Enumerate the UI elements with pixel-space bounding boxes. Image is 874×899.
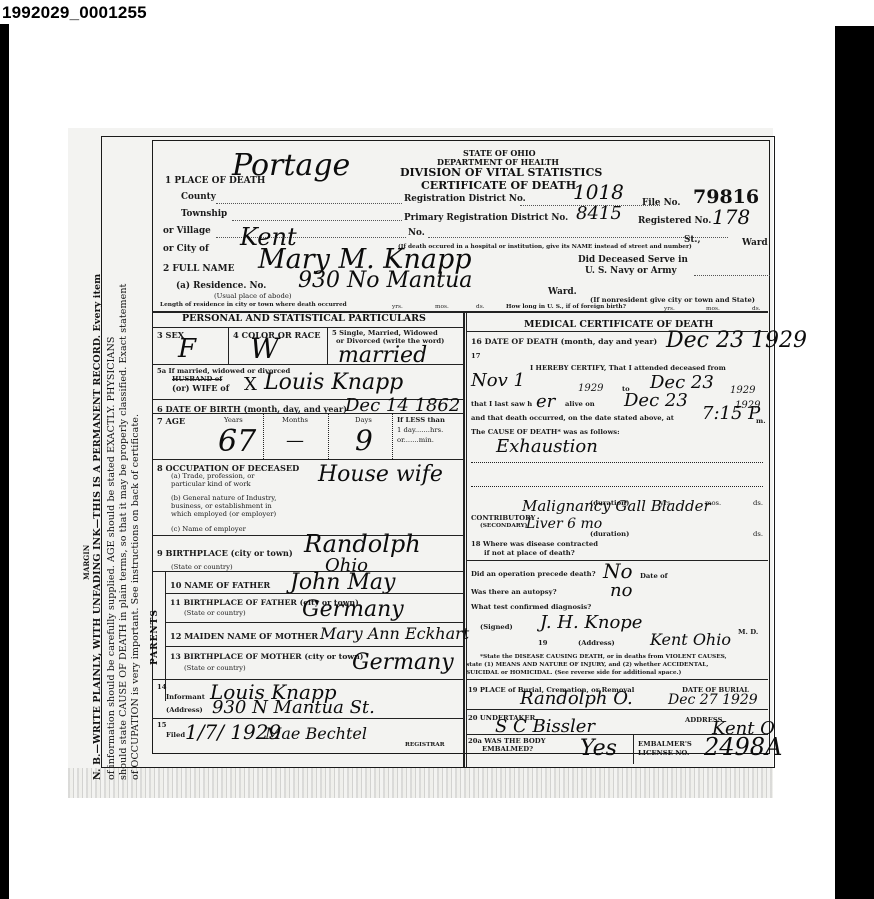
county-value: Portage (232, 148, 350, 183)
how-long-label: How long in U. S., if of foreign birth? (506, 304, 626, 310)
contributory-value: Malignancy Gall Bladder (522, 497, 711, 515)
row-divider (165, 593, 463, 594)
dod-label: 16 DATE OF DEATH (month, day and year) (471, 337, 657, 346)
occupation-c-label: (c) Name of employer (171, 525, 246, 533)
secondary-label: (SECONDARY) (480, 523, 527, 529)
footnote-line-1: *State the DISEASE CAUSING DEATH, or in … (480, 654, 727, 660)
occupation-b-label-3: which employed (or employer) (171, 510, 276, 518)
personal-section-title: PERSONAL AND STATISTICAL PARTICULARS (182, 313, 426, 324)
birthplace-value: Randolph (304, 530, 421, 558)
mos-label: mos. (435, 304, 449, 310)
residence-value: 930 No Mantua (298, 268, 472, 293)
dotted-line (232, 220, 402, 221)
served-label-1: Did Deceased Serve in (578, 255, 688, 265)
ds-label-4: ds. (753, 530, 763, 538)
side-note-line-3: should state CAUSE OF DEATH in plain ter… (118, 284, 129, 780)
side-note-line-2: of information should be carefully suppl… (106, 336, 117, 780)
county-label: County (181, 192, 216, 202)
license-label-1: EMBALMER'S (638, 740, 692, 748)
signed-label: (Signed) (480, 623, 513, 631)
column-divider (328, 413, 329, 459)
parents-column-divider (165, 571, 166, 701)
age-days-label: Days (355, 416, 372, 424)
last-saw-date-value: Dec 23 (624, 390, 688, 411)
street-no-label: No. (408, 228, 425, 238)
row-divider (152, 718, 463, 719)
ds-label: ds. (476, 304, 485, 310)
mother-value: Mary Ann Eckhart (320, 624, 469, 643)
occupation-b-label-2: business, or establishment in (171, 502, 272, 510)
mother-birth-state-label: (State or country) (184, 664, 246, 672)
row-divider (152, 413, 463, 414)
embalmed-label-2: EMBALMED? (482, 745, 533, 753)
served-label-2: U. S. Navy or Army (585, 266, 677, 276)
spouse-label-struck: HUSBAND of (172, 375, 222, 383)
burial-place-value: Randolph O. (520, 688, 633, 709)
cause-label: The CAUSE OF DEATH* was as follows: (471, 428, 620, 436)
row-divider (165, 622, 463, 623)
father-label: 10 NAME OF FATHER (170, 580, 270, 590)
where-contracted-label-1: 18 Where was disease contracted (471, 540, 598, 548)
last-saw-pronoun: er (536, 391, 555, 412)
md-label: M. D. (738, 628, 758, 636)
village-label: or Village (163, 226, 211, 236)
age-months-value: — (286, 430, 304, 451)
sex-value: F (178, 334, 196, 364)
spouse-mark: X (244, 374, 257, 395)
date-of-label: Date of (640, 572, 668, 580)
row-divider (471, 462, 763, 463)
duration-label-2: (duration) (590, 530, 629, 538)
dotted-line (428, 237, 728, 238)
license-no-value: 2498A (704, 733, 782, 761)
mother-label: 12 MAIDEN NAME OF MOTHER (170, 631, 318, 641)
informant-label: Informant (166, 693, 205, 701)
yrs-label: yrs. (392, 304, 403, 310)
primary-district-label: Primary Registration District No. (404, 213, 568, 223)
footnote-line-2: state (1) MEANS AND NATURE OF INJURY, an… (466, 662, 708, 668)
row-divider (471, 486, 763, 487)
informant-number: 14 (157, 683, 166, 691)
physician-address-value: Kent Ohio (650, 630, 731, 649)
test-confirmed-label: What test confirmed diagnosis? (471, 603, 591, 611)
township-label: Township (181, 209, 227, 219)
division-title: DIVISION OF VITAL STATISTICS (400, 166, 602, 179)
column-divider (392, 413, 393, 459)
age-months-label: Months (282, 416, 308, 424)
full-name-label: 2 FULL NAME (163, 264, 234, 274)
registration-district-label: Registration District No. (404, 194, 526, 204)
informant-address-label: (Address) (166, 706, 203, 714)
side-note-line-4: of OCCUPATION is very important. See ins… (130, 414, 141, 780)
spouse-value: Louis Knapp (264, 370, 403, 395)
ward-label-2: Ward. (548, 287, 577, 297)
primary-district-value: 8415 (576, 203, 622, 224)
birth-state-label: (State or country) (171, 563, 233, 571)
embalmed-label-1: 20a WAS THE BODY (468, 737, 546, 745)
row-divider (466, 679, 768, 680)
column-divider (466, 311, 467, 767)
row-divider (152, 327, 463, 328)
registered-no-label: Registered No. (638, 216, 711, 226)
attended-to-year: 1929 (730, 385, 755, 396)
column-divider (263, 413, 264, 459)
cause-value: Exhaustion (496, 436, 598, 457)
column-divider (228, 327, 229, 364)
registrar-signature: Mae Bechtel (265, 724, 367, 743)
occupation-a-label-1: (a) Trade, profession, or (171, 472, 255, 480)
mother-birth-label: 13 BIRTHPLACE OF MOTHER (city or town) (170, 652, 363, 661)
meridian-label: m. (756, 417, 766, 425)
column-divider (463, 311, 465, 767)
operation-label: Did an operation precede death? (471, 570, 596, 578)
margin-label: MARGIN (82, 545, 91, 580)
city-label: or City of (163, 244, 209, 254)
nonresident-note: (If nonresident give city or town and St… (590, 296, 755, 304)
ward-label: Ward (742, 238, 768, 248)
where-contracted-label-2: if not at place of death? (484, 549, 575, 557)
age-label: 7 AGE (157, 416, 185, 426)
registration-district-value: 1018 (573, 180, 624, 204)
certificate-bottom-margin (68, 768, 773, 798)
occupation-a-label-2: particular kind of work (171, 480, 251, 488)
residence-note: (Usual place of abode) (214, 292, 292, 300)
autopsy-label: Was there an autopsy? (471, 588, 557, 596)
race-value: W (250, 332, 279, 365)
father-birth-state-label: (State or country) (184, 609, 246, 617)
row-divider (165, 646, 463, 647)
certificate-title: CERTIFICATE OF DEATH (421, 179, 576, 192)
attended-from-year: 1929 (578, 383, 603, 394)
dotted-line (216, 203, 402, 204)
last-saw-label: that I last saw h (471, 400, 532, 408)
document-id: 1992029_0001255 (2, 3, 147, 23)
scan-edge-right (835, 26, 874, 899)
death-time-value: 7:15 P (702, 403, 760, 424)
row-divider (152, 364, 463, 365)
year-19-label: 19 (538, 639, 547, 647)
footnote-line-3: SUICIDAL or HOMICIDAL. (See reverse side… (466, 670, 681, 676)
length-residence-label: Length of residence in city or town wher… (160, 302, 347, 308)
age-years-label: Years (224, 416, 243, 424)
column-divider (633, 734, 634, 764)
less-label-2: 1 day.......hrs. (397, 426, 443, 434)
side-note-line-1: N. B.—WRITE PLAINLY, WITH UNFADING INK—T… (92, 274, 103, 780)
less-label-1: If LESS than (397, 416, 445, 424)
birthplace-label: 9 BIRTHPLACE (city or town) (157, 548, 293, 558)
filed-number: 15 (157, 721, 166, 729)
less-label-3: or.......min. (397, 436, 434, 444)
age-days-value: 9 (355, 424, 373, 457)
alive-label: alive on (565, 400, 595, 408)
age-years-value: 67 (218, 424, 256, 459)
dod-value: Dec 23 1929 (666, 328, 807, 353)
ds-label-3: ds. (753, 499, 763, 507)
parents-label: PARENTS (150, 609, 160, 665)
mother-birth-value: Germany (352, 650, 454, 675)
dotted-line (694, 275, 770, 276)
spouse-label-2: (or) WIFE of (172, 383, 229, 393)
burial-date-value: Dec 27 1929 (668, 692, 758, 708)
occupation-b-label-1: (b) General nature of Industry, (171, 494, 276, 502)
scan-edge-left (0, 24, 9, 899)
filed-label: Filed (166, 731, 185, 739)
physician-address-label: (Address) (578, 639, 615, 647)
certify-label: I HEREBY CERTIFY, That I attended deceas… (530, 364, 726, 372)
father-birth-value: Germany (302, 597, 404, 622)
occupation-value: House wife (318, 462, 443, 487)
row-divider (152, 459, 463, 460)
registrar-label: REGISTRAR (405, 742, 445, 748)
autopsy-value: no (610, 580, 632, 601)
death-occurred-label: and that death occurred, on the date sta… (471, 414, 674, 422)
attended-from-value: Nov 1 (471, 370, 525, 391)
physician-signature: J. H. Knope (540, 612, 642, 633)
marital-label-1: 5 Single, Married, Widowed (332, 329, 438, 337)
item-17: 17 (471, 352, 480, 360)
license-label-2: LICENSE NO. (638, 749, 689, 757)
registered-no-value: 178 (712, 205, 750, 229)
row-divider (466, 709, 768, 710)
informant-address-value: 930 N Mantua St. (212, 697, 375, 718)
father-value: John May (290, 570, 395, 595)
column-divider (327, 327, 328, 364)
file-no-label: File No. (642, 198, 680, 208)
embalmed-value: Yes (580, 736, 617, 761)
residence-label: (a) Residence. No. (176, 281, 266, 291)
